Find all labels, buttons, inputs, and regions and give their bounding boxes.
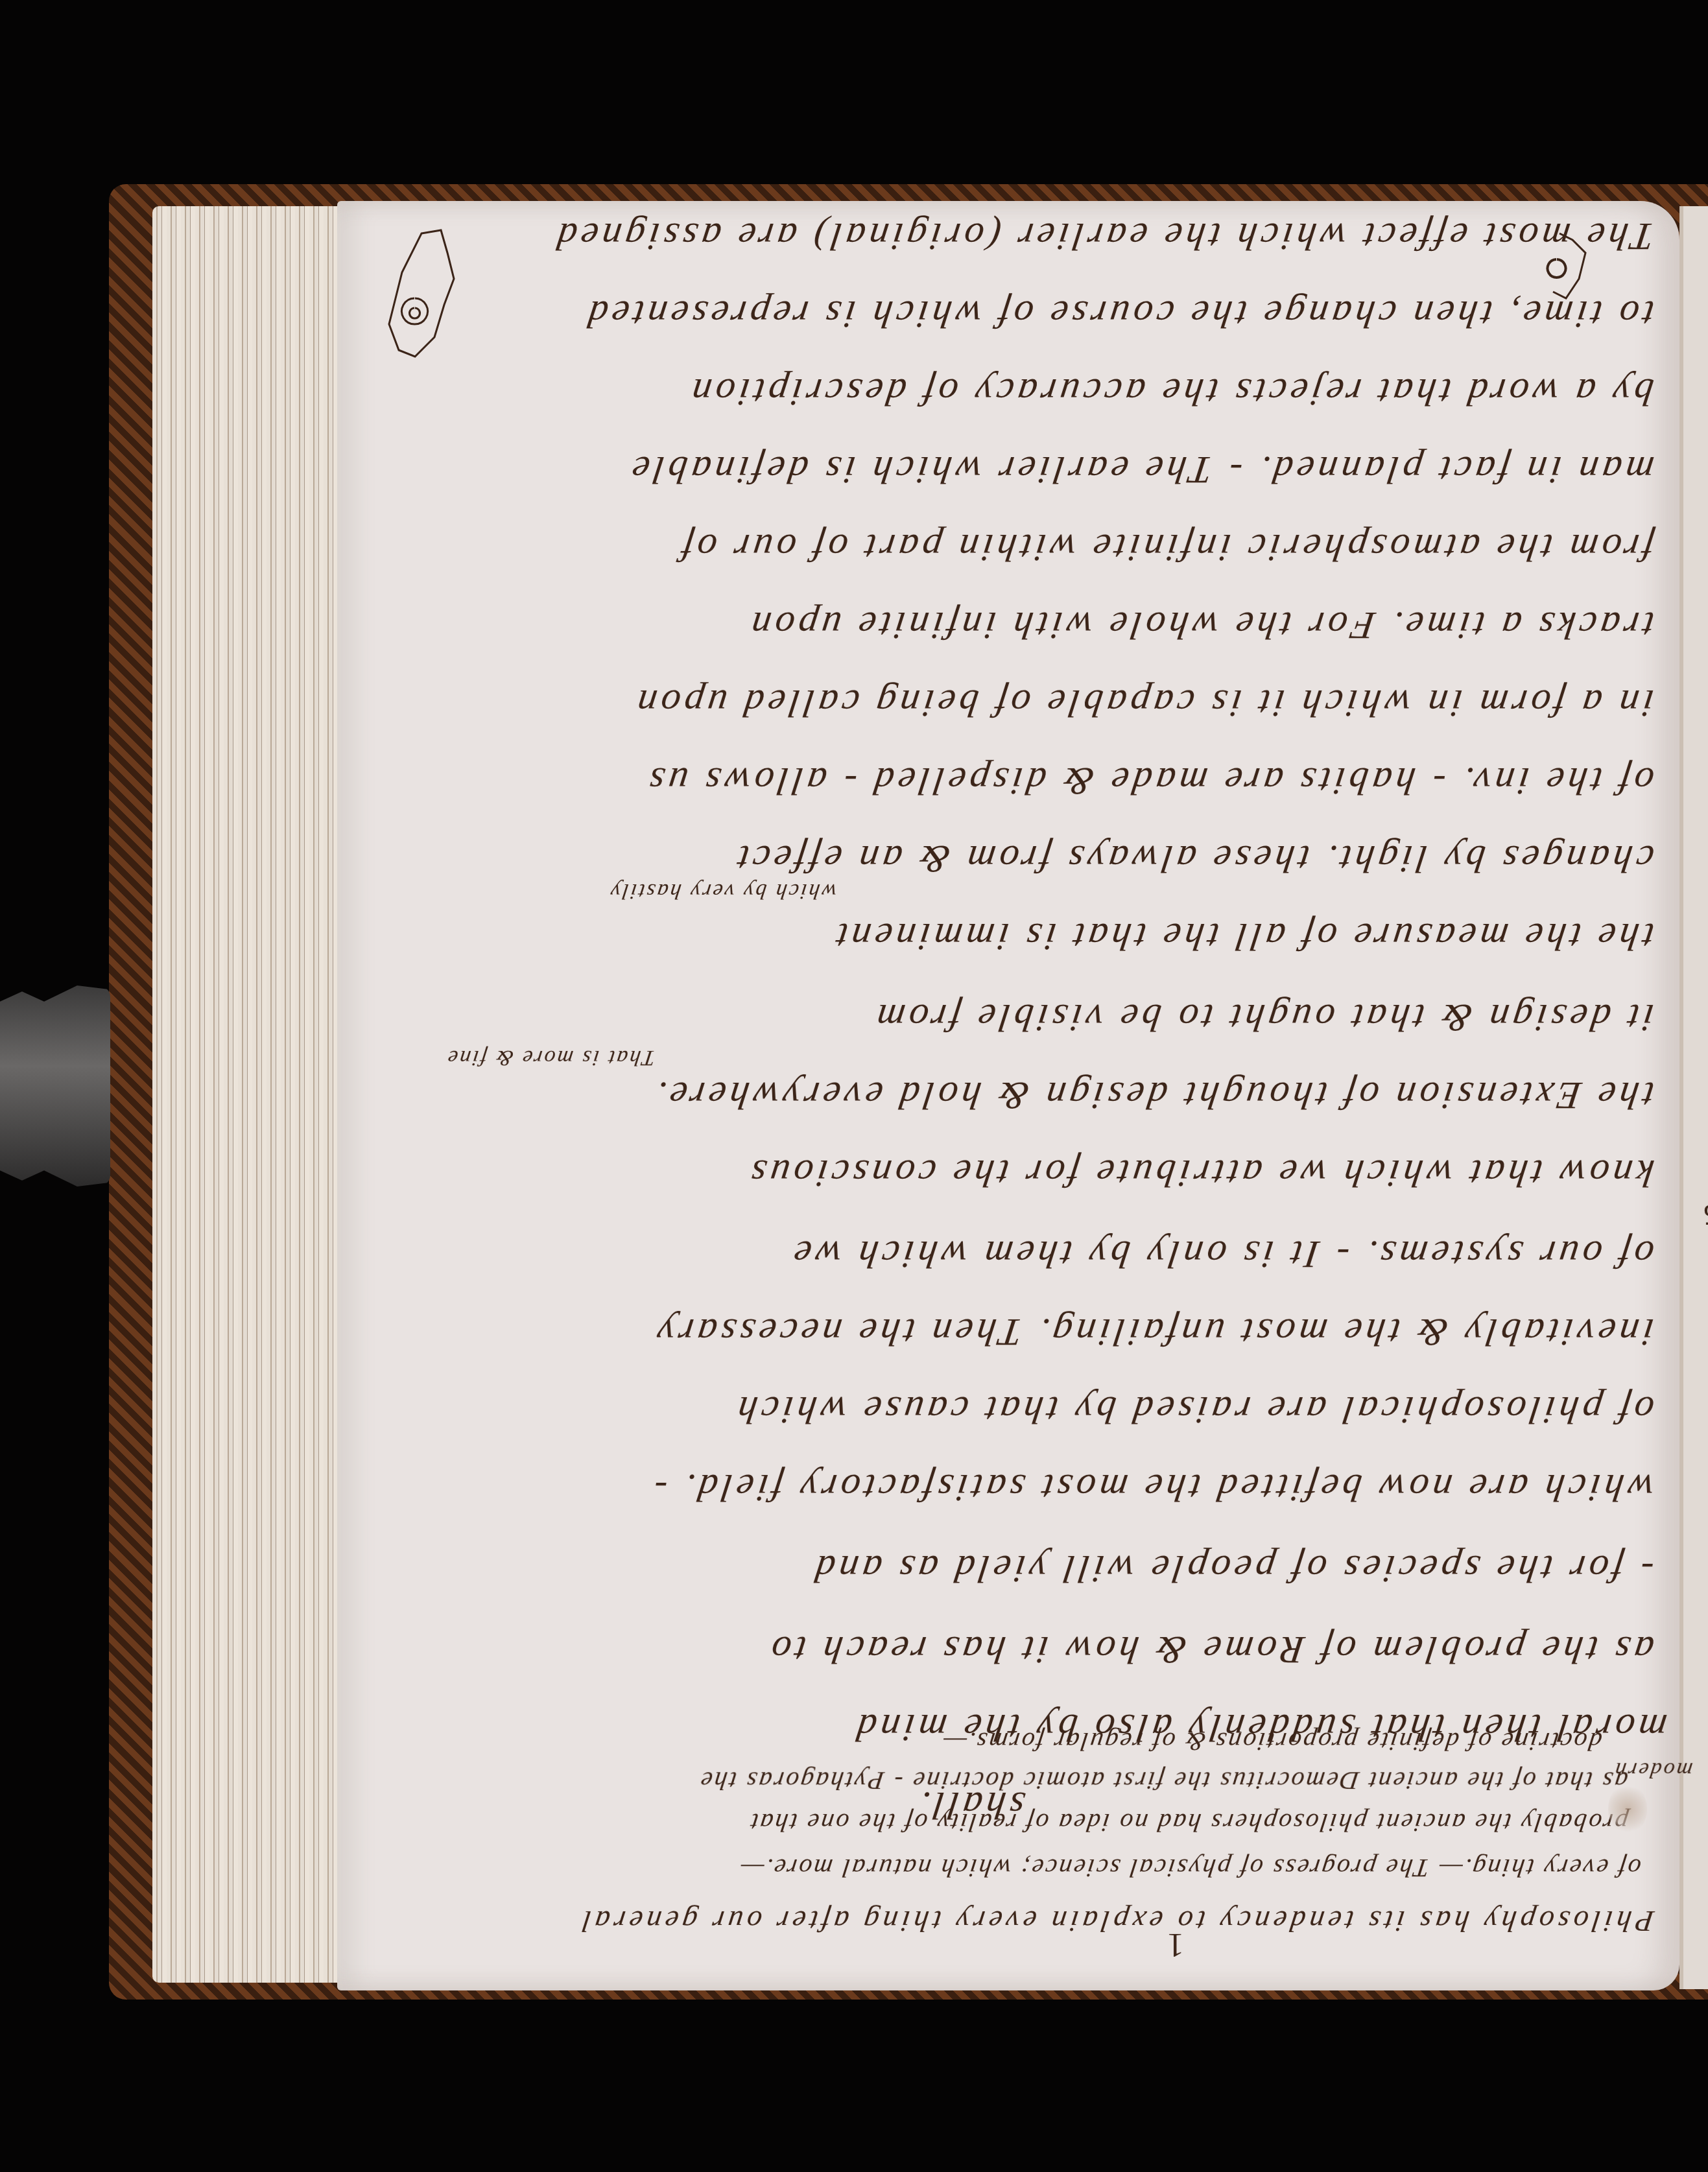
ink-sketch-left	[376, 227, 460, 376]
text-line: which are now befitted the most satisfac…	[647, 1465, 1657, 1510]
text-line: to time, then change the course of which…	[582, 292, 1657, 336]
interlinear-note: That is more & fine	[444, 1045, 656, 1070]
text-line: - for the species of people will yield a…	[809, 1546, 1657, 1591]
text-line: of the inv. - habits are made & dispelle…	[643, 759, 1657, 803]
text-line: it design & that ought to be visible fro…	[870, 995, 1656, 1040]
text-line: from the atmospheric infinite within par…	[675, 525, 1656, 570]
text-line: of our systems. - It is only by them whi…	[787, 1232, 1657, 1277]
text-line: by a word that rejects the accuracy of d…	[685, 370, 1657, 414]
text-line: doctrine of definite proportions & of re…	[939, 1727, 1604, 1757]
text-line: the Extension of thought design & hold e…	[649, 1073, 1657, 1118]
text-line: probably the ancient philosophers had no…	[747, 1808, 1630, 1838]
text-line: as that of the ancient Democritus the fi…	[696, 1765, 1630, 1796]
text-line: The most effect which the earlier (origi…	[551, 214, 1657, 259]
text-line: changes by light. these always from & an…	[731, 836, 1657, 881]
metal-clasp	[0, 986, 110, 1186]
manuscript-page: 1 5 moral then that suddenly also by the…	[337, 201, 1679, 1990]
ink-sketch-right	[1534, 227, 1605, 324]
ink-stain	[1608, 1783, 1647, 1835]
text-line: Philosophy has its tendency to explain e…	[576, 1904, 1656, 1939]
page-edges	[152, 206, 353, 1983]
text-line: as the problem of Rome & how it has reac…	[765, 1627, 1657, 1672]
text-line: know that which we attribute for the con…	[744, 1151, 1657, 1196]
facing-page-edge	[1679, 206, 1708, 1989]
text-line: of every thing.— The progress of physica…	[737, 1853, 1643, 1883]
margin-mark: 5	[1703, 1198, 1708, 1232]
text-line: in a form in which it is capable of bein…	[630, 681, 1657, 726]
text-line: tracks a time. For the whole with infini…	[744, 603, 1657, 648]
text-line: of philosophical are raised by that caus…	[731, 1387, 1657, 1432]
text-line: man in fact planned. - The earlier which…	[625, 447, 1657, 492]
upside-down-content: 1 5 moral then that suddenly also by the…	[337, 201, 1679, 1990]
text-line: the the measure of all the that is immin…	[830, 914, 1657, 959]
interlinear-note: which by very hastily	[607, 879, 838, 903]
text-line: inevitably & the most unfailing. Then th…	[650, 1310, 1657, 1354]
